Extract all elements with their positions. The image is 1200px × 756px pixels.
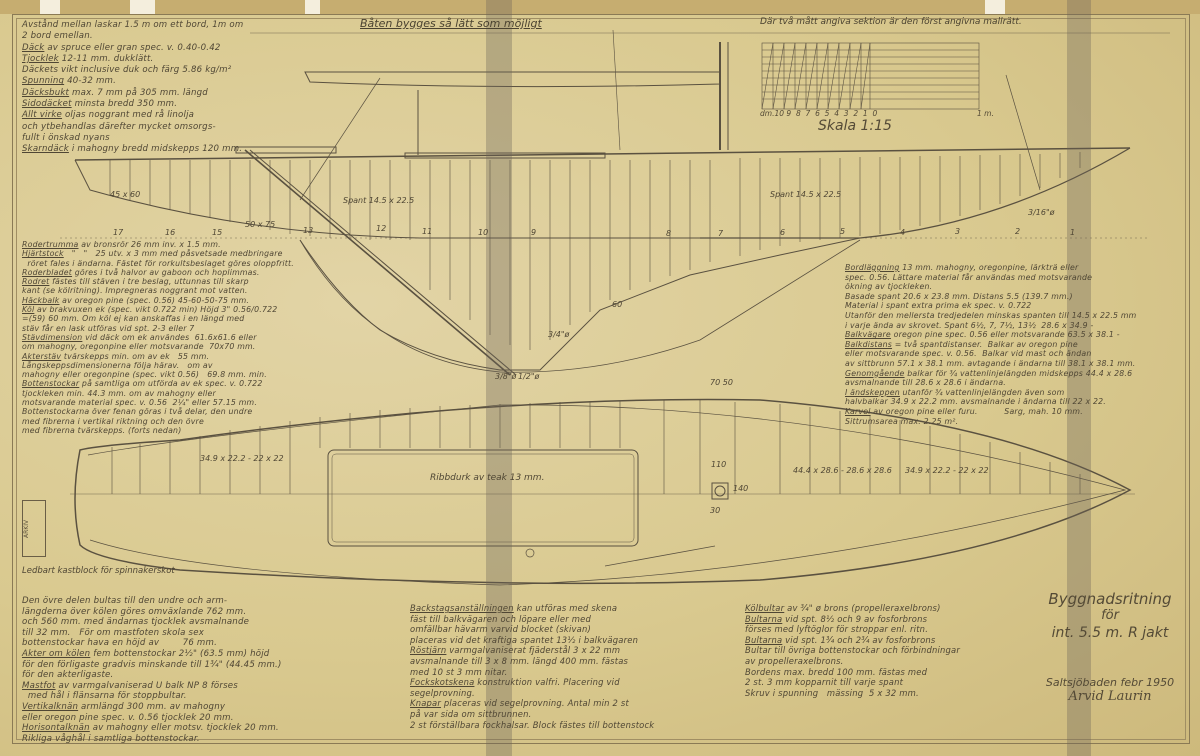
beam-dim-fwd: 34.9 x 22.2 - 22 x 22: [905, 466, 989, 475]
note-keyword: Bottenstockar: [22, 379, 79, 388]
note-line: till 32 mm. För om mastfoten skola sex: [22, 628, 282, 639]
note-line: Den övre delen bultas till den undre och…: [22, 596, 282, 607]
note-line: Genomgående balkar för ¾ vattenlinjeläng…: [845, 369, 1136, 379]
keel-dim: 50 x 75: [245, 220, 275, 229]
note-keyword: Vertikalknän: [22, 702, 78, 712]
note-line: röret fales i ändarna. Fästet för rorkul…: [22, 259, 294, 268]
dim-70-50: 70 50: [710, 378, 733, 387]
archive-stamp: ARKIV: [22, 500, 46, 557]
note-line: av propelleraxelbrons.: [745, 656, 960, 667]
note-keyword: Genomgående: [845, 369, 905, 378]
note-line: 2 st. 3 mm kopparnit till varje spant: [745, 677, 960, 688]
note-keyword: Backstagsanställningen: [410, 603, 514, 613]
station-4: 4: [900, 228, 905, 237]
station-5: 5: [840, 227, 845, 236]
bolt-size-b: 1/2"ø: [518, 372, 539, 381]
mast-dim-30: 30: [710, 506, 720, 515]
notes-planking-frames: Bordläggning 13 mm. mahogny, oregonpine,…: [845, 263, 1136, 426]
note-keyword: Fockskotskena: [410, 677, 474, 687]
note-keyword: Akter om kölen: [22, 649, 90, 659]
note-line: Bultarna vid spt. 1¾ och 2¾ av fosforbro…: [745, 635, 960, 646]
mast-dim-110: 110: [711, 460, 726, 469]
place-date: Saltsjöbaden febr 1950: [1035, 676, 1185, 689]
note-keyword: Röstjärn: [410, 645, 446, 655]
station-7: 7: [718, 229, 723, 238]
note-keyword: Stävdimension: [22, 333, 82, 342]
note-line: Balkdistans = två spantdistanser. Balkar…: [845, 340, 1136, 350]
station-12: 12: [376, 224, 386, 233]
note-line: Backstagsanställningen kan utföras med s…: [410, 603, 654, 614]
note-line: avsmalnande till 28.6 x 28.6 i ändarna.: [845, 378, 1136, 388]
note-line: Vertikalknän armlängd 300 mm. av mahogny: [22, 702, 282, 713]
note-line: fäst till balkvägaren och löpare eller m…: [410, 614, 654, 625]
note-line: motsvarande material spec. v. 0.56 2¼" e…: [22, 398, 294, 407]
note-line: Däcksbukt max. 7 mm på 305 mm. längd: [22, 88, 243, 99]
station-13: 13: [303, 226, 313, 235]
note-line: Rodret fästes till stäven i tre beslag, …: [22, 277, 294, 286]
note-line: med fibrerna tvärskepps. (forts nedan): [22, 426, 294, 435]
note-keyword: Akterstäv: [22, 352, 61, 361]
station-9: 9: [531, 228, 536, 237]
note-line: Bottenstockarna över fenan göras i två d…: [22, 407, 294, 416]
note-line: Mastfot av varmgalvaniserad U balk NP 8 …: [22, 681, 282, 692]
title-block: Byggnadsritning för int. 5.5 m. R jakt S…: [1035, 590, 1185, 704]
mast-step: [712, 483, 728, 499]
scale-bar: [762, 43, 979, 109]
station-15: 15: [212, 228, 222, 237]
heading-section-note: Där två mått angiva sektion är den först…: [760, 17, 1022, 27]
cockpit: [328, 450, 638, 546]
note-line: Röstjärn varmgalvaniserat fjäderstål 3 x…: [410, 645, 654, 656]
note-line: Hjärtstock " " 25 utv. x 3 mm med påsvet…: [22, 249, 294, 258]
note-line: Utanför den mellersta tredjedelen minska…: [845, 311, 1136, 321]
note-line: Karvel av oregon pine eller furu. Sarg, …: [845, 407, 1136, 417]
bolt-size-a: 3/8"ø: [495, 372, 516, 381]
note-line: Långskeppsdimensionerna följa härav. om …: [22, 361, 294, 370]
note-line: Stävdimension vid däck om ek användes 61…: [22, 333, 294, 342]
note-line: 2 st förställbara fockhalsar. Block fäst…: [410, 720, 654, 731]
note-line: för den akterligaste.: [22, 670, 282, 681]
note-keyword: Häckbalk: [22, 296, 59, 305]
note-keyword: Balkvägare: [845, 330, 891, 339]
note-line: och 560 mm. med ändarnas tjocklek avsmal…: [22, 617, 282, 628]
bolt-size-d: 3/16"ø: [1028, 208, 1055, 217]
drawing-subject: int. 5.5 m. R jakt: [1035, 624, 1185, 642]
note-line: Skruv i spunning mässing 5 x 32 mm.: [745, 688, 960, 699]
note-line: ökning av tjockleken.: [845, 282, 1136, 292]
note-line: 2 bord emellan.: [22, 31, 243, 42]
note-line: längderna över kölen göres omväxlande 76…: [22, 607, 282, 618]
station-8: 8: [666, 229, 671, 238]
note-line: Balkvägare oregon pine spec. 0.56 eller …: [845, 330, 1136, 340]
note-line: placeras vid det kraftiga spantet 13½ i …: [410, 635, 654, 646]
notes-deck: Avstånd mellan laskar 1.5 m om ett bord,…: [22, 20, 243, 156]
scale-ticks: dm.10 9 8 7 6 5 4 3 2 1 0: [760, 109, 877, 118]
station-17: 17: [113, 228, 123, 237]
station-6: 6: [780, 228, 785, 237]
note-line: Rodertrumma av bronsrör 26 mm inv. x 1.5…: [22, 240, 294, 249]
note-line: stäv får en lask utföras vid spt. 2-3 el…: [22, 324, 294, 333]
note-keyword: Rodret: [22, 277, 49, 286]
note-line: i varje ända av skrovet. Spant 6½, 7, 7½…: [845, 321, 1136, 331]
spant-label-aft: Spant 14.5 x 22.5: [343, 196, 414, 205]
station-3: 3: [955, 227, 960, 236]
note-line: Material i spant extra prima ek spec. v.…: [845, 301, 1136, 311]
note-line: Spunning 40-32 mm.: [22, 76, 243, 87]
note-keyword: Horisontalknän: [22, 723, 90, 733]
note-line: Roderbladet göres i två halvor av gaboon…: [22, 268, 294, 277]
note-line: avsmalnande till 3 x 8 mm. längd 400 mm.…: [410, 656, 654, 667]
note-line: på var sida om sittbrunnen.: [410, 709, 654, 720]
note-line: Tjocklek 12-11 mm. dukklätt.: [22, 54, 243, 65]
note-line: spec. 0.56. Lättare material får använda…: [845, 273, 1136, 283]
bolt-size-c: 3/4"ø: [548, 330, 569, 339]
drawing-title: Byggnadsritning: [1035, 590, 1185, 608]
note-keyword: Balkdistans: [845, 340, 892, 349]
note-line: I ändskeppen utanför ¾ vattenlinjelängde…: [845, 388, 1136, 398]
notes-rudder-keel: Rodertrumma av bronsrör 26 mm inv. x 1.5…: [22, 240, 294, 435]
note-line: av sittbrunn 57.1 x 38.1 mm. avtagande i…: [845, 359, 1136, 369]
note-keyword: Köl: [22, 305, 34, 314]
note-keyword: Knapar: [410, 698, 441, 708]
note-keyword: I ändskeppen: [845, 388, 900, 397]
note-line: förses med lyftöglor för stroppar enl. r…: [745, 624, 960, 635]
note-line: Rikliga våghål i samtliga bottenstockar.: [22, 734, 282, 745]
note-line: om mahogny, oregonpine eller motsvarande…: [22, 342, 294, 351]
note-line: Köl av brakvuxen ek (spec. vikt 0.722 mi…: [22, 305, 294, 314]
note-line: Kölbultar av ¾" ø brons (propelleraxelbr…: [745, 603, 960, 614]
note-line: Horisontalknän av mahogny eller motsv. t…: [22, 723, 282, 734]
note-line: Bordens max. bredd 100 mm. fästas med: [745, 667, 960, 678]
blueprint-sheet: Båten bygges så lätt som möjligt Där två…: [0, 0, 1200, 756]
hull-forward: [700, 148, 1130, 238]
station-11: 11: [422, 227, 432, 236]
note-keyword: Spunning: [22, 76, 64, 86]
note-line: Bottenstockar på samtliga om utförda av …: [22, 379, 294, 388]
scale-label: Skala 1:15: [818, 118, 892, 134]
cockpit-floor-label: Ribbdurk av teak 13 mm.: [430, 473, 544, 483]
note-line: med 10 st 3 mm nitar.: [410, 667, 654, 678]
drawing-title-for: för: [1035, 608, 1185, 624]
note-keyword: Roderbladet: [22, 268, 72, 277]
note-line: mahogny eller oregonpine (spec. vikt 0.5…: [22, 370, 294, 379]
note-keyword: Mastfot: [22, 681, 56, 691]
note-line: kant (se kölritning). Impregneras noggra…: [22, 286, 294, 295]
mast-dim-140: 140: [733, 484, 748, 493]
note-keyword: Bordläggning: [845, 263, 900, 272]
station-2: 2: [1015, 227, 1020, 236]
note-line: omfällbar hävarm varvid blocket (skivan): [410, 624, 654, 635]
note-line: för den förligaste gradvis minskande til…: [22, 660, 282, 671]
note-line: eller oregon pine spec. v. 0.56 tjocklek…: [22, 713, 282, 724]
note-keyword: Skarndäck: [22, 144, 69, 154]
note-keyword: Kölbultar: [745, 603, 784, 613]
note-line: Allt virke oljas noggrant med rå linolja: [22, 110, 243, 121]
keel-dim-60: 60: [612, 300, 622, 309]
note-line: Däckets vikt inclusive duk och färg 5.86…: [22, 65, 243, 76]
note-line: Bultarna vid spt. 8½ och 9 av fosforbron…: [745, 614, 960, 625]
note-line: Bultar till övriga bottenstockar och för…: [745, 645, 960, 656]
note-keyword: Bultarna: [745, 635, 782, 645]
note-line: Akter om kölen fem bottenstockar 2½" (63…: [22, 649, 282, 660]
notes-bolts: Kölbultar av ¾" ø brons (propelleraxelbr…: [745, 603, 960, 698]
note-line: Sidodäcket minsta bredd 350 mm.: [22, 99, 243, 110]
note-line: med hål i flänsarna för stoppbultar.: [22, 691, 282, 702]
beam-dim-aft: 34.9 x 22.2 - 22 x 22: [200, 454, 284, 463]
note-line: Fockskotskena konstruktion valfri. Place…: [410, 677, 654, 688]
note-line: halvbalkar 34.9 x 22.2 mm. avsmalnande i…: [845, 397, 1136, 407]
note-keyword: Allt virke: [22, 110, 62, 120]
scale-end-label: 1 m.: [977, 109, 994, 118]
note-keyword: Däck: [22, 43, 44, 53]
keel-dim-aft: 45 x 60: [110, 190, 140, 199]
spinnaker-block-note: Ledbart kastblock för spinnakerskot: [22, 566, 175, 576]
note-keyword: Rodertrumma: [22, 240, 79, 249]
boom: [305, 72, 720, 87]
note-keyword: Däcksbukt: [22, 88, 69, 98]
note-line: Akterstäv tvärskepps min. om av ek 55 mm…: [22, 352, 294, 361]
fin-keel: [300, 238, 860, 370]
note-keyword: Bultarna: [745, 614, 782, 624]
note-keyword: Sidodäcket: [22, 99, 72, 109]
notes-rigging: Backstagsanställningen kan utföras med s…: [410, 603, 654, 730]
spant-label-fwd: Spant 14.5 x 22.5: [770, 190, 841, 199]
heading-build-light: Båten bygges så lätt som möjligt: [360, 17, 542, 30]
note-line: Sittrumsarea max. 2.25 m².: [845, 417, 1136, 427]
note-line: och ytbehandlas därefter mycket omsorgs-: [22, 122, 243, 133]
note-line: Skarndäck i mahogny bredd midskepps 120 …: [22, 144, 243, 155]
note-line: segelprovning.: [410, 688, 654, 699]
note-keyword: Hjärtstock: [22, 249, 64, 258]
note-line: Basade spant 20.6 x 23.8 mm. Distans 5.5…: [845, 292, 1136, 302]
station-16: 16: [165, 228, 175, 237]
notes-floors: Den övre delen bultas till den undre och…: [22, 596, 282, 744]
station-10: 10: [478, 228, 488, 237]
note-line: eller motsvarande spec. v. 0.56. Balkar …: [845, 349, 1136, 359]
note-line: bottenstockar hava en höjd av 76 mm.: [22, 638, 282, 649]
note-line: med fibrerna i vertikal riktning och den…: [22, 417, 294, 426]
note-line: fullt i önskad nyans: [22, 133, 243, 144]
note-line: Avstånd mellan laskar 1.5 m om ett bord,…: [22, 20, 243, 31]
note-line: Häckbalk av oregon pine (spec. 0.56) 45-…: [22, 296, 294, 305]
beam-dim-mid: 44.4 x 28.6 - 28.6 x 28.6: [793, 466, 892, 475]
station-1: 1: [1070, 228, 1075, 237]
note-keyword: Tjocklek: [22, 54, 59, 64]
note-keyword: Karvel: [845, 407, 871, 416]
note-line: tjockleken min. 44.3 mm. om av mahogny e…: [22, 389, 294, 398]
note-line: Däck av spruce eller gran spec. v. 0.40-…: [22, 43, 243, 54]
note-line: =(59) 60 mm. Om köl ej kan anskaffas i e…: [22, 314, 294, 323]
note-line: Bordläggning 13 mm. mahogny, oregonpine,…: [845, 263, 1136, 273]
designer-signature: Arvid Laurin: [1035, 689, 1185, 704]
note-line: Knapar placeras vid segelprovning. Antal…: [410, 698, 654, 709]
